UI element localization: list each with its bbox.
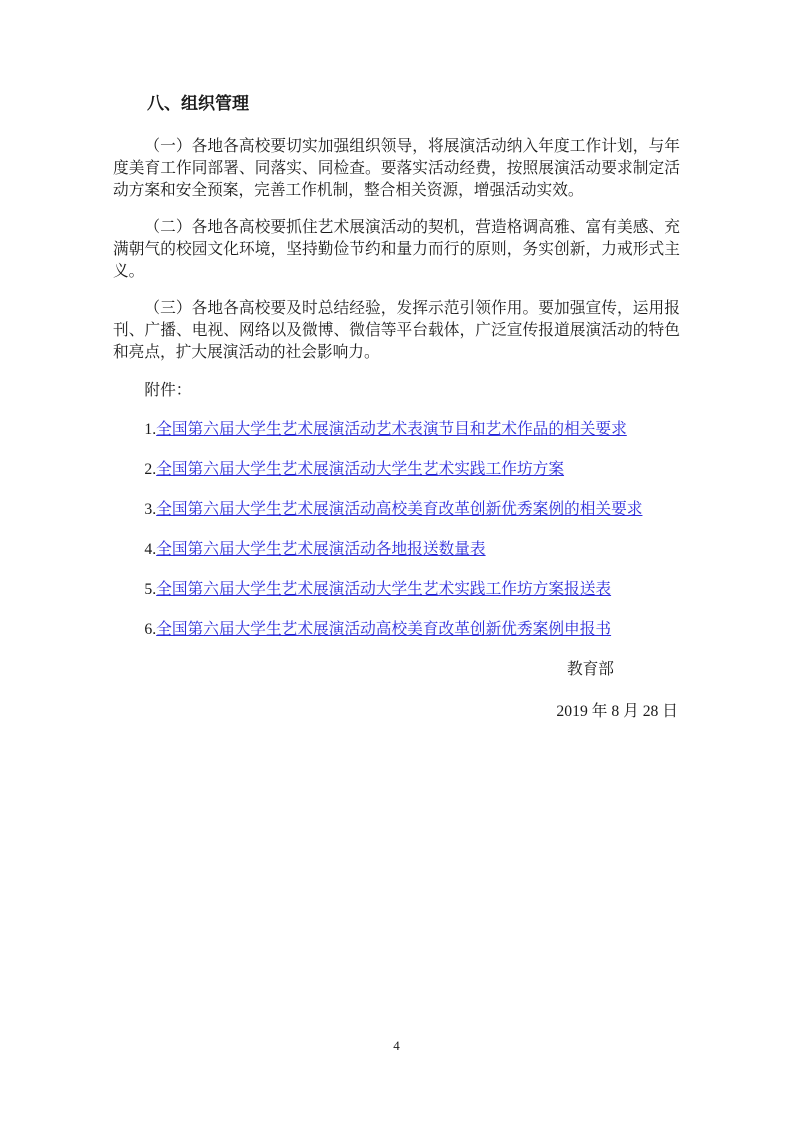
attachment-item: 1.全国第六届大学生艺术展演活动艺术表演节目和艺术作品的相关要求: [113, 419, 680, 441]
page-number: 4: [0, 1038, 793, 1054]
document-date: 2019 年 8 月 28 日: [113, 701, 680, 723]
attachment-link-5[interactable]: 全国第六届大学生艺术展演活动大学生艺术实践工作坊方案报送表: [156, 581, 611, 598]
attachment-link-4[interactable]: 全国第六届大学生艺术展演活动各地报送数量表: [156, 541, 485, 558]
attachment-number: 2.: [144, 461, 156, 478]
attachment-item: 5.全国第六届大学生艺术展演活动大学生艺术实践工作坊方案报送表: [113, 579, 680, 601]
attachment-item: 2.全国第六届大学生艺术展演活动大学生艺术实践工作坊方案: [113, 459, 680, 481]
attachment-link-6[interactable]: 全国第六届大学生艺术展演活动高校美育改革创新优秀案例申报书: [156, 621, 611, 638]
attachment-item: 4.全国第六届大学生艺术展演活动各地报送数量表: [113, 539, 680, 561]
attachment-link-2[interactable]: 全国第六届大学生艺术展演活动大学生艺术实践工作坊方案: [156, 461, 564, 478]
attachment-number: 4.: [144, 541, 156, 558]
document-content: 八、组织管理 （一）各地各高校要切实加强组织领导，将展演活动纳入年度工作计划，与…: [0, 0, 793, 723]
paragraph-3: （三）各地各高校要及时总结经验，发挥示范引领作用。要加强宣传，运用报刊、广播、电…: [113, 298, 680, 364]
attachment-number: 3.: [144, 501, 156, 518]
attachment-link-3[interactable]: 全国第六届大学生艺术展演活动高校美育改革创新优秀案例的相关要求: [156, 501, 642, 518]
attachments-label: 附件：: [113, 380, 680, 402]
signature: 教育部: [113, 659, 680, 681]
paragraph-2: （二）各地各高校要抓住艺术展演活动的契机，营造格调高雅、富有美感、充满朝气的校园…: [113, 217, 680, 283]
attachment-item: 6.全国第六届大学生艺术展演活动高校美育改革创新优秀案例申报书: [113, 619, 680, 641]
attachment-number: 6.: [144, 621, 156, 638]
paragraph-1: （一）各地各高校要切实加强组织领导，将展演活动纳入年度工作计划，与年度美育工作同…: [113, 136, 680, 202]
attachment-number: 5.: [144, 581, 156, 598]
document-page: 八、组织管理 （一）各地各高校要切实加强组织领导，将展演活动纳入年度工作计划，与…: [0, 0, 793, 1122]
section-heading: 八、组织管理: [113, 93, 680, 115]
attachment-item: 3.全国第六届大学生艺术展演活动高校美育改革创新优秀案例的相关要求: [113, 499, 680, 521]
attachment-number: 1.: [144, 421, 156, 438]
attachment-link-1[interactable]: 全国第六届大学生艺术展演活动艺术表演节目和艺术作品的相关要求: [156, 421, 627, 438]
